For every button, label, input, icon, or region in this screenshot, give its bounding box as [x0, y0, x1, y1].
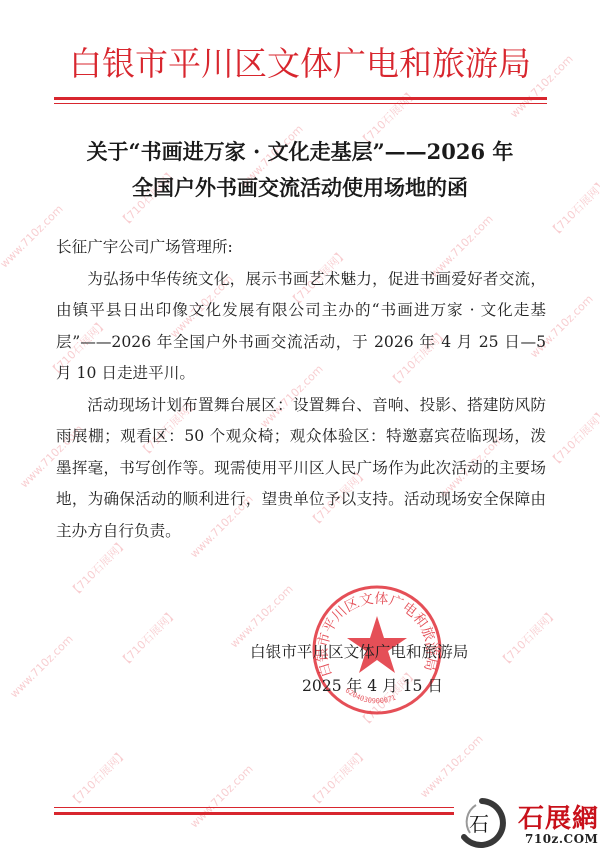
watermark-text: www.710z.com: [188, 762, 256, 830]
watermark-text: www.710z.com: [418, 732, 486, 800]
logo-glyph: 石: [469, 812, 489, 836]
letterhead-title: 白银市平川区文体广电和旅游局: [0, 38, 600, 85]
footer-rule-thin: [54, 807, 454, 808]
watermark-text: 【710石展网】: [115, 605, 180, 670]
letter-body: 长征广宇公司广场管理所: 为弘扬中华传统文化，展示书画艺术魅力，促进书画爱好者交…: [56, 232, 546, 547]
signature: 白银市平川区文体广电和旅游局: [250, 640, 550, 662]
document-page: www.710z.com 【710石展网】 www.710z.com 【710石…: [0, 0, 600, 852]
paragraph: 活动现场计划布置舞台展区：设置舞台、音响、投影、搭建防风防雨展棚；观看区：50 …: [56, 390, 546, 548]
letterhead-rule-thin: [54, 103, 547, 104]
title-line-1: 关于“书画进万家 · 文化走基层”——2026 年: [0, 134, 600, 170]
logo-name: 石展網: [518, 798, 599, 835]
footer-rule-thick: [54, 812, 454, 815]
title-line-2: 全国户外书画交流活动使用场地的函: [0, 170, 600, 206]
logo-url: 710z.COM: [525, 832, 598, 846]
recipient: 长征广宇公司广场管理所:: [56, 232, 546, 264]
watermark-text: 【710石展网】: [65, 745, 130, 810]
document-title: 关于“书画进万家 · 文化走基层”——2026 年 全国户外书画交流活动使用场地…: [0, 134, 600, 206]
watermark-text: www.710z.com: [8, 632, 76, 700]
letterhead-rule-thick: [54, 97, 547, 100]
watermark-text: 【710石展网】: [545, 405, 600, 470]
date: 2025 年 4 月 15 日: [302, 674, 600, 696]
paragraph: 为弘扬中华传统文化，展示书画艺术魅力，促进书画爱好者交流，由镇平县日出印像文化发…: [56, 264, 546, 390]
watermark-text: 【710石展网】: [305, 745, 370, 810]
